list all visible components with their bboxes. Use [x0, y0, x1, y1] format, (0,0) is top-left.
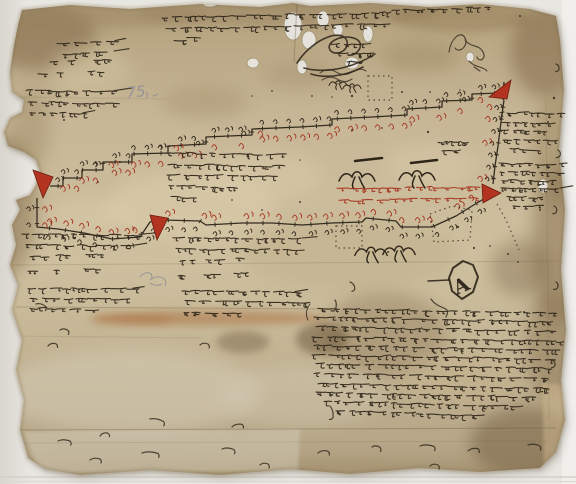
ink-speck	[553, 97, 555, 99]
ink-speck	[519, 15, 521, 17]
ink-speck	[97, 181, 99, 183]
ink-speck	[387, 251, 389, 253]
paper-stain	[217, 331, 269, 353]
ink-speck	[299, 159, 301, 161]
paper-hole	[247, 58, 259, 68]
paper-stain	[50, 45, 130, 95]
paper-stain	[384, 144, 476, 188]
ink-speck	[331, 96, 333, 98]
route-tick	[49, 226, 50, 230]
paper-stain	[380, 42, 460, 72]
ink-speck	[261, 209, 263, 211]
ink-speck	[251, 95, 253, 97]
pencil-number: 75	[126, 82, 147, 102]
manuscript-map-canvas: 75 A	[0, 0, 576, 484]
ink-speck	[271, 90, 273, 92]
paper-hole	[302, 31, 316, 49]
paper-stain	[163, 86, 247, 118]
ink-speck	[427, 131, 429, 133]
ink-speck	[63, 119, 65, 121]
paper-stain	[52, 198, 132, 234]
ink-speck	[539, 209, 541, 211]
paper-stain	[240, 220, 460, 290]
route-tick	[65, 228, 66, 232]
paper-sheet	[0, 0, 576, 484]
manuscript-photo: 75 A	[0, 0, 576, 484]
folded-paper-flap	[24, 429, 300, 473]
ink-speck	[119, 161, 121, 163]
ink-speck	[421, 11, 423, 13]
route-tick	[496, 143, 500, 144]
ink-speck	[311, 95, 313, 97]
paper-stain	[90, 315, 174, 325]
ink-speck	[489, 245, 491, 247]
ink-speck	[401, 91, 403, 93]
ink-speck	[523, 311, 525, 313]
ink-speck	[507, 253, 509, 255]
ink-speck	[459, 89, 461, 91]
paper-hole	[333, 24, 343, 36]
paper-stain	[215, 366, 385, 426]
ink-speck	[547, 121, 549, 123]
stamp-line	[428, 280, 449, 281]
ink-speck	[351, 95, 353, 97]
ink-speck	[457, 226, 459, 228]
ink-speck	[517, 261, 519, 263]
ink-speck	[231, 199, 233, 201]
ink-speck	[299, 201, 301, 203]
ink-speck	[381, 127, 383, 129]
ink-speck	[473, 247, 475, 249]
ink-speck	[351, 129, 353, 131]
paper-stain	[490, 240, 550, 296]
paper-hole	[466, 52, 474, 62]
ink-speck	[429, 91, 431, 93]
